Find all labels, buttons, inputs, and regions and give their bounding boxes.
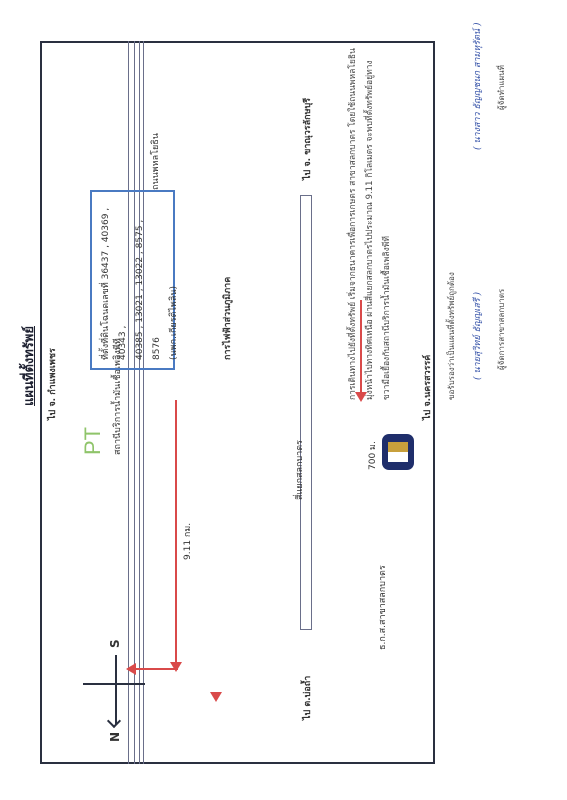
compass-arrow-icon: [115, 655, 117, 725]
directions-line-1: การเดินทางไปยังที่ตั้งทรัพย์ เริ่มจากธนา…: [345, 48, 362, 400]
pt-marker: PT: [80, 427, 106, 455]
direction-left: ไป ต.บ่อถ้ำ: [300, 676, 314, 720]
manager-role: ผู้จัดการสาขาสลกบาตร: [495, 289, 508, 370]
bank-logo-icon: [382, 434, 414, 470]
compass-north: N: [108, 732, 122, 742]
side-road: [300, 195, 312, 630]
compass-cross-icon: [83, 683, 145, 685]
property-line-3: (นพก.เกียรติไพลิน): [166, 200, 183, 360]
distance-label-1: 9.11 กม.: [180, 523, 194, 560]
direction-top: ไป จ. กำแพงเพชร: [45, 348, 59, 420]
route-arrow-1: [175, 400, 177, 670]
certify-text: ขอรับรองว่าเป็นแผนที่ตั้งทรัพย์ถูกต้อง: [445, 272, 458, 400]
direction-right: ไป จ. ขาณุวรลักษบุรี: [300, 98, 314, 180]
directions-line-3: ขวามือเยื้องกับสถานีบริการน้ำมันเชื้อเพล…: [379, 48, 396, 400]
compass-south: S: [108, 639, 122, 648]
manager-name: ( นายสุวิทย์ ธัญญเสรี ): [470, 292, 484, 380]
main-road-label: ถนนพหลโยธิน: [148, 133, 162, 190]
power-authority-label: การไฟฟ้าส่วนภูมิภาค: [220, 277, 234, 360]
property-line-1: ที่ตั้งที่ดินโฉนดเลขที่ 36437 , 40369 , …: [98, 200, 132, 360]
direction-bottom: ไป จ.นครสวรรค์: [420, 355, 434, 420]
drawer-name: ( นางสาว ธัญญชนก สามหุรัตน์ ): [470, 23, 484, 150]
drawer-role: ผู้จัดทำแผนที่: [495, 65, 508, 110]
main-road: [128, 41, 144, 764]
route-arrow-up: [128, 668, 178, 670]
distance-label-2: 700 ม.: [365, 441, 379, 470]
map-sheet: แผนที่ตั้งทรัพย์ ไป จ. กำแพงเพชร ไป จ.นค…: [0, 0, 567, 800]
directions-line-2: มุ่งหน้าไปทางทิศเหนือ ผ่านสี่แยกสลกบาตรไ…: [362, 48, 379, 400]
junction-label: สี่แยกสลกบาตร: [292, 440, 306, 500]
bank-branch-label: ธ.ก.ส.สาขาสลกบาตร: [375, 565, 389, 650]
directions-paragraph: การเดินทางไปยังที่ตั้งทรัพย์ เริ่มจากธนา…: [345, 48, 396, 400]
map-title: แผนที่ตั้งทรัพย์: [18, 326, 39, 406]
property-line-2: 40385 , 13021 , 13022 , 8575 , 8576: [132, 200, 166, 360]
property-info-box: ที่ตั้งที่ดินโฉนดเลขที่ 36437 , 40369 , …: [90, 190, 175, 370]
